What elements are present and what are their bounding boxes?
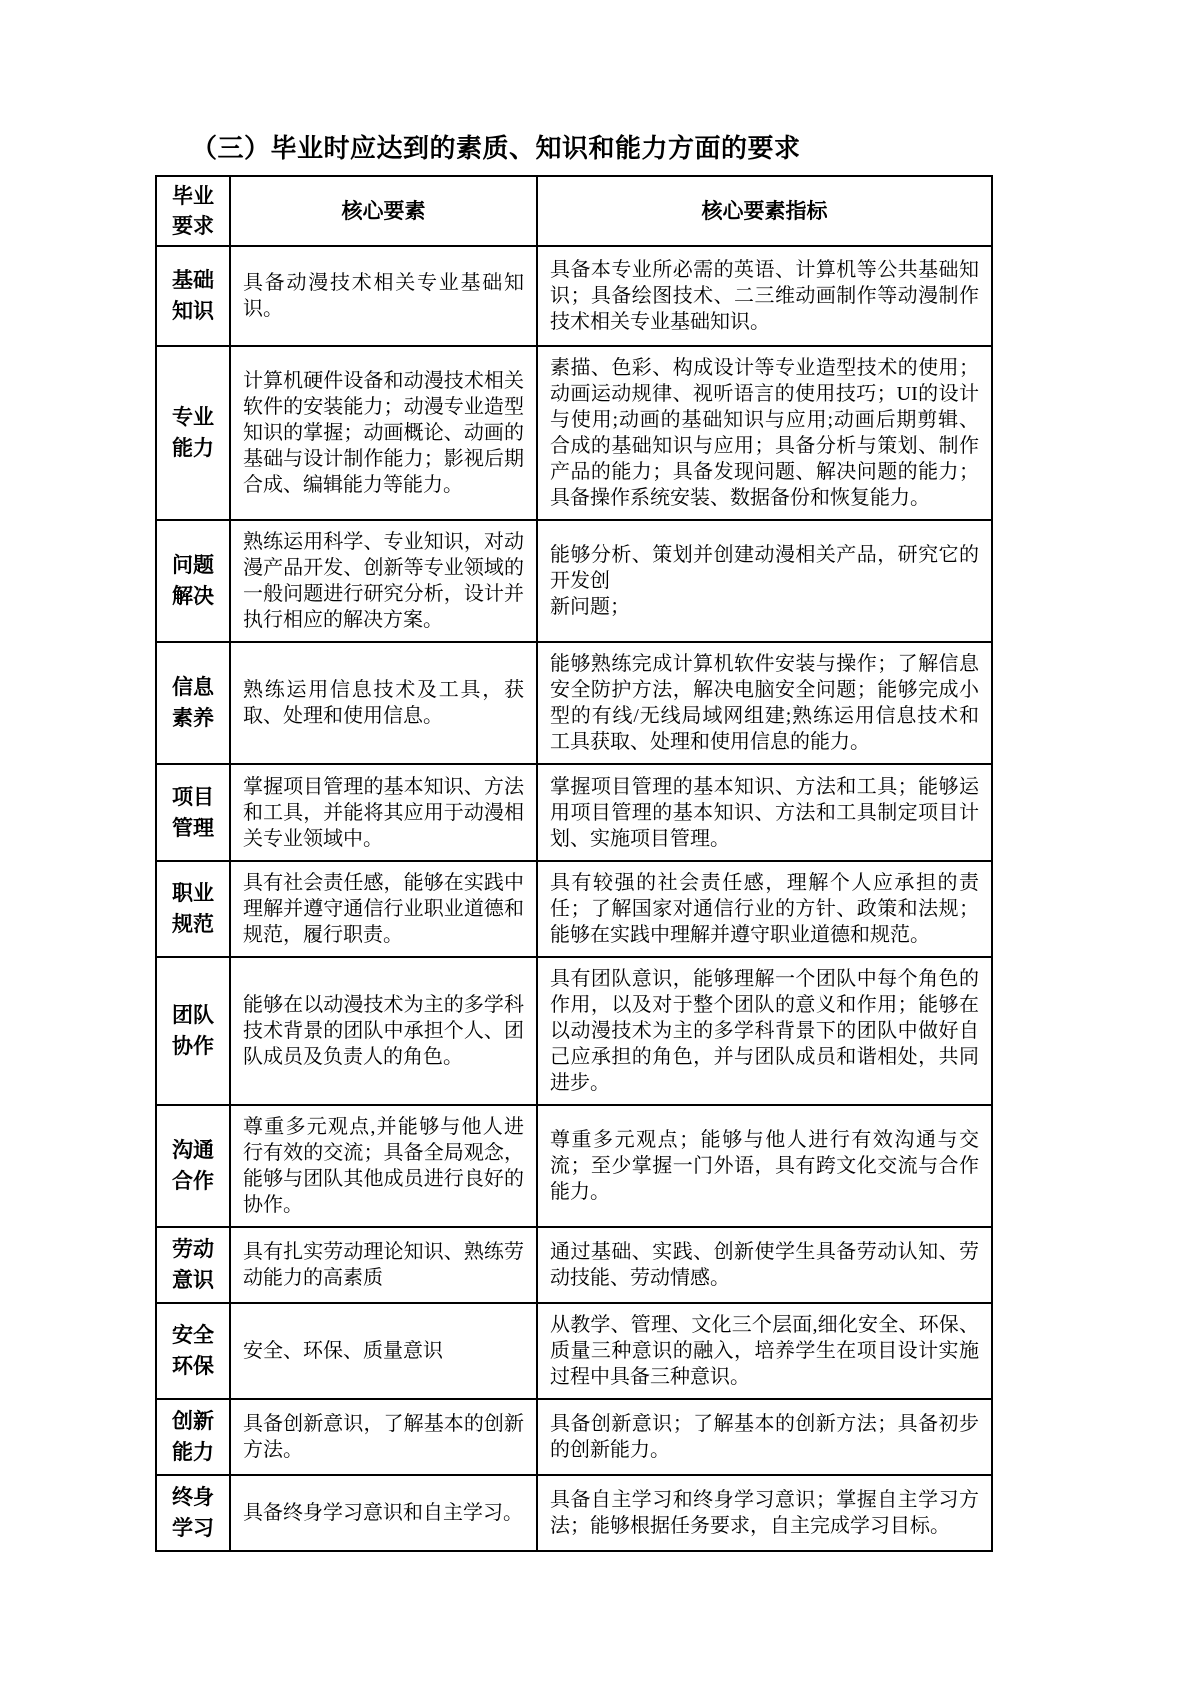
column-header-requirement: 毕业要求 (156, 176, 230, 246)
table-row: 项目管理 掌握项目管理的基本知识、方法和工具，并能将其应用于动漫相关专业领域中。… (156, 764, 992, 861)
indicator-cell: 素描、色彩、构成设计等专业造型技术的使用；动画运动规律、视听语言的使用技巧；UI… (537, 346, 992, 520)
core-element-cell: 掌握项目管理的基本知识、方法和工具，并能将其应用于动漫相关专业领域中。 (230, 764, 537, 861)
indicator-cell: 具备创新意识；了解基本的创新方法；具备初步的创新能力。 (537, 1399, 992, 1475)
graduation-requirements-table: 毕业要求 核心要素 核心要素指标 基础知识 具备动漫技术相关专业基础知识。 具备… (155, 175, 993, 1552)
requirement-cell: 专业能力 (156, 346, 230, 520)
indicator-cell: 能够分析、策划并创建动漫相关产品，研究它的开发创 新问题； (537, 520, 992, 642)
core-element-cell: 安全、环保、质量意识 (230, 1303, 537, 1399)
core-element-cell: 能够在以动漫技术为主的多学科技术背景的团队中承担个人、团队成员及负责人的角色。 (230, 957, 537, 1105)
requirement-cell: 沟通合作 (156, 1105, 230, 1227)
requirement-cell: 问题解决 (156, 520, 230, 642)
core-element-cell: 熟练运用科学、专业知识，对动漫产品开发、创新等专业领域的一般问题进行研究分析，设… (230, 520, 537, 642)
core-element-cell: 具有扎实劳动理论知识、熟练劳动能力的高素质 (230, 1227, 537, 1303)
core-element-cell: 熟练运用信息技术及工具，获取、处理和使用信息。 (230, 642, 537, 764)
table-row: 团队协作 能够在以动漫技术为主的多学科技术背景的团队中承担个人、团队成员及负责人… (156, 957, 992, 1105)
requirement-cell: 终身学习 (156, 1475, 230, 1551)
indicator-cell: 通过基础、实践、创新使学生具备劳动认知、劳动技能、劳动情感。 (537, 1227, 992, 1303)
requirement-cell: 安全环保 (156, 1303, 230, 1399)
indicator-cell: 尊重多元观点；能够与他人进行有效沟通与交流；至少掌握一门外语，具有跨文化交流与合… (537, 1105, 992, 1227)
table-header-row: 毕业要求 核心要素 核心要素指标 (156, 176, 992, 246)
core-element-cell: 尊重多元观点,并能够与他人进行有效的交流；具备全局观念，能够与团队其他成员进行良… (230, 1105, 537, 1227)
requirement-cell: 基础知识 (156, 246, 230, 346)
table-row: 沟通合作 尊重多元观点,并能够与他人进行有效的交流；具备全局观念，能够与团队其他… (156, 1105, 992, 1227)
requirement-cell: 职业规范 (156, 861, 230, 957)
indicator-cell: 从教学、管理、文化三个层面,细化安全、环保、质量三种意识的融入，培养学生在项目设… (537, 1303, 992, 1399)
core-element-cell: 具有社会责任感，能够在实践中理解并遵守通信行业职业道德和规范，履行职责。 (230, 861, 537, 957)
requirement-cell: 信息素养 (156, 642, 230, 764)
column-header-core-element: 核心要素 (230, 176, 537, 246)
core-element-cell: 计算机硬件设备和动漫技术相关软件的安装能力；动漫专业造型知识的掌握；动画概论、动… (230, 346, 537, 520)
document-content: （三）毕业时应达到的素质、知识和能力方面的要求 毕业要求 核心要素 核心要素指标… (155, 128, 991, 1552)
core-element-cell: 具备终身学习意识和自主学习。 (230, 1475, 537, 1551)
core-element-cell: 具备创新意识，了解基本的创新方法。 (230, 1399, 537, 1475)
indicator-cell: 具备自主学习和终身学习意识；掌握自主学习方法；能够根据任务要求，自主完成学习目标… (537, 1475, 992, 1551)
section-title: （三）毕业时应达到的素质、知识和能力方面的要求 (191, 128, 991, 165)
indicator-cell: 具有团队意识，能够理解一个团队中每个角色的作用，以及对于整个团队的意义和作用；能… (537, 957, 992, 1105)
indicator-cell: 能够熟练完成计算机软件安装与操作；了解信息安全防护方法，解决电脑安全问题；能够完… (537, 642, 992, 764)
table-row: 信息素养 熟练运用信息技术及工具，获取、处理和使用信息。 能够熟练完成计算机软件… (156, 642, 992, 764)
requirement-cell: 团队协作 (156, 957, 230, 1105)
table-row: 终身学习 具备终身学习意识和自主学习。 具备自主学习和终身学习意识；掌握自主学习… (156, 1475, 992, 1551)
document-page: （三）毕业时应达到的素质、知识和能力方面的要求 毕业要求 核心要素 核心要素指标… (0, 0, 1191, 1684)
indicator-cell: 掌握项目管理的基本知识、方法和工具；能够运用项目管理的基本知识、方法和工具制定项… (537, 764, 992, 861)
indicator-cell: 具有较强的社会责任感，理解个人应承担的责任；了解国家对通信行业的方针、政策和法规… (537, 861, 992, 957)
column-header-core-element-indicator: 核心要素指标 (537, 176, 992, 246)
core-element-cell: 具备动漫技术相关专业基础知识。 (230, 246, 537, 346)
requirement-cell: 劳动意识 (156, 1227, 230, 1303)
table-row: 问题解决 熟练运用科学、专业知识，对动漫产品开发、创新等专业领域的一般问题进行研… (156, 520, 992, 642)
table-row: 专业能力 计算机硬件设备和动漫技术相关软件的安装能力；动漫专业造型知识的掌握；动… (156, 346, 992, 520)
table-row: 职业规范 具有社会责任感，能够在实践中理解并遵守通信行业职业道德和规范，履行职责… (156, 861, 992, 957)
table-row: 基础知识 具备动漫技术相关专业基础知识。 具备本专业所必需的英语、计算机等公共基… (156, 246, 992, 346)
requirement-cell: 创新能力 (156, 1399, 230, 1475)
table-row: 劳动意识 具有扎实劳动理论知识、熟练劳动能力的高素质 通过基础、实践、创新使学生… (156, 1227, 992, 1303)
indicator-cell: 具备本专业所必需的英语、计算机等公共基础知识；具备绘图技术、二三维动画制作等动漫… (537, 246, 992, 346)
table-row: 安全环保 安全、环保、质量意识 从教学、管理、文化三个层面,细化安全、环保、质量… (156, 1303, 992, 1399)
requirement-cell: 项目管理 (156, 764, 230, 861)
table-row: 创新能力 具备创新意识，了解基本的创新方法。 具备创新意识；了解基本的创新方法；… (156, 1399, 992, 1475)
